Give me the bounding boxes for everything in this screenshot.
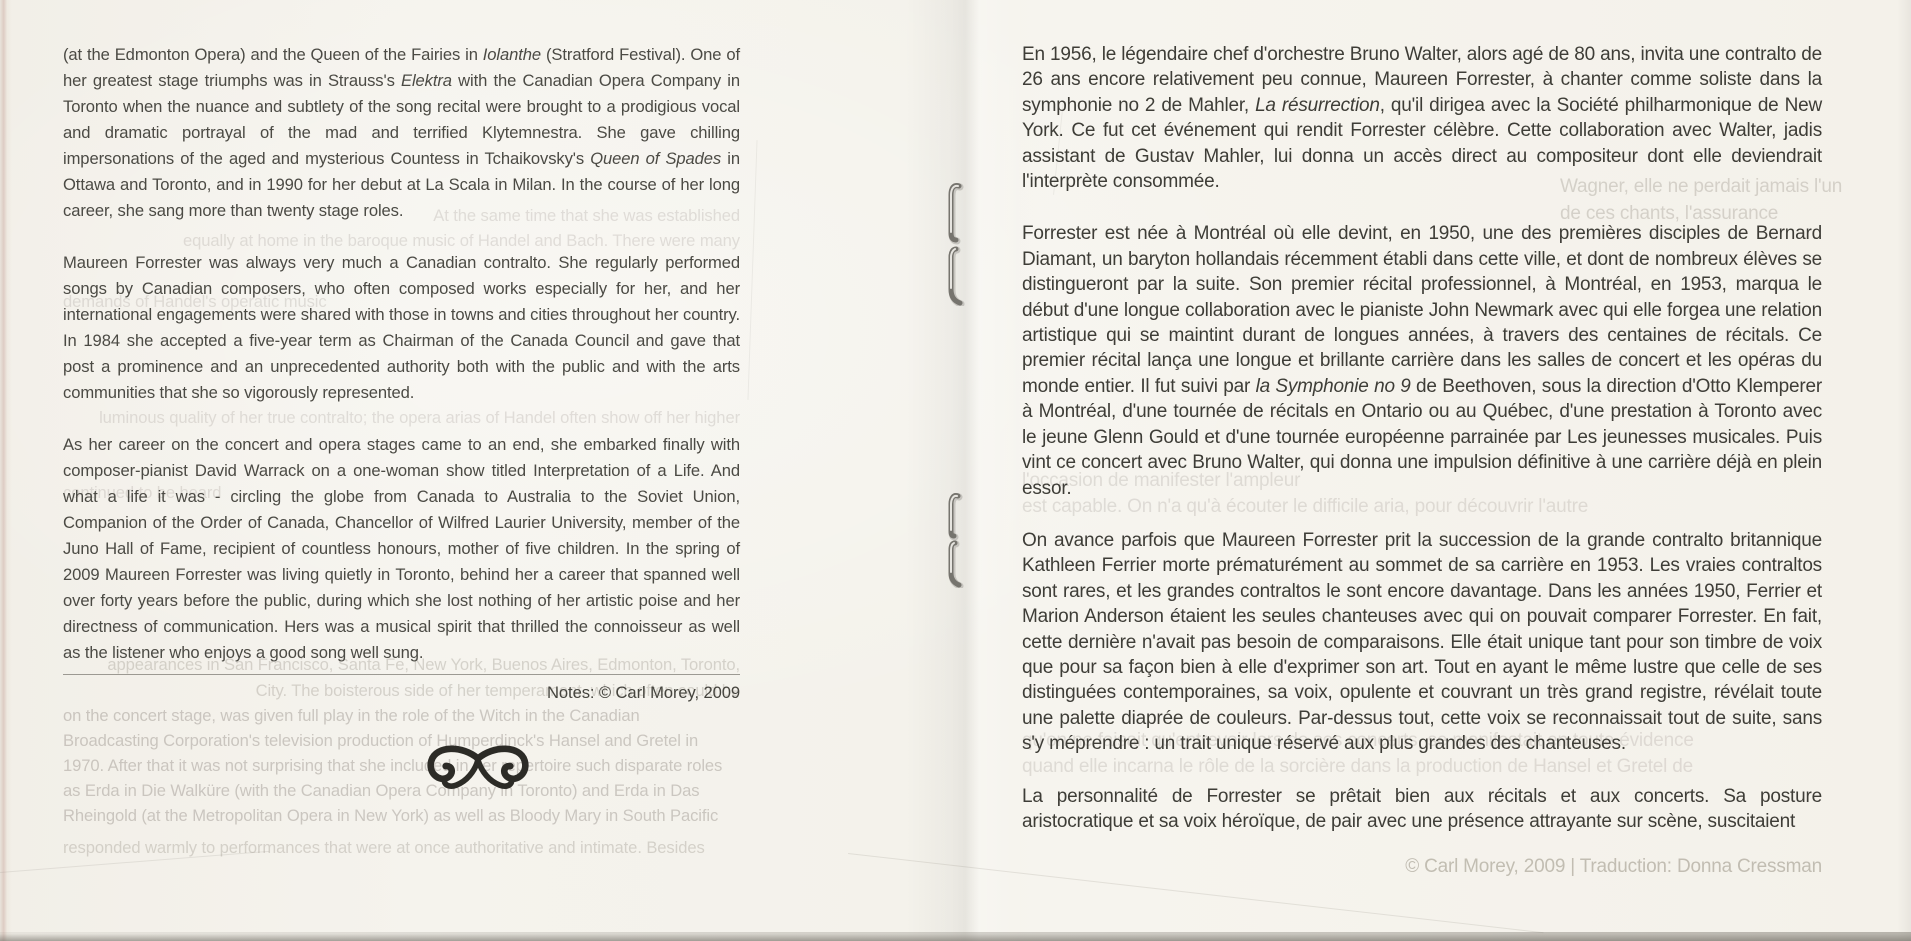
paragraph-french-3: On avance parfois que Maureen Forrester … — [1022, 528, 1822, 757]
crease-line — [0, 851, 269, 873]
right-page-text-column: En 1956, le légendaire chef d'orchestre … — [1022, 42, 1822, 861]
saddle-staple-bottom — [944, 492, 968, 588]
fleuron-ornament-icon — [421, 742, 535, 796]
saddle-staple-top — [944, 182, 968, 306]
bleedthrough-text: Rheingold (at the Metropolitan Opera in … — [63, 806, 718, 826]
notes-credit-line: Notes: © Carl Morey, 2009 — [63, 683, 740, 703]
page-edge-right — [1897, 0, 1911, 941]
paragraph-french-4: La personnalité de Forrester se prêtait … — [1022, 784, 1822, 835]
bleedthrough-text: Broadcasting Corporation's television pr… — [63, 731, 698, 751]
page-edge-bottom — [0, 932, 1911, 941]
paragraph-english-3: As her career on the concert and opera s… — [63, 432, 740, 666]
crease-line — [747, 140, 757, 400]
left-page-text-column: (at the Edmonton Opera) and the Queen of… — [63, 42, 740, 692]
bleedthrough-text: responded warmly to performances that we… — [63, 838, 705, 858]
notes-divider-rule — [63, 674, 740, 675]
paragraph-french-2: Forrester est née à Montréal où elle dev… — [1022, 221, 1822, 500]
scanned-booklet-spread: At the same time that she was establishe… — [0, 0, 1911, 941]
paragraph-english-1: (at the Edmonton Opera) and the Queen of… — [63, 42, 740, 224]
paragraph-french-1: En 1956, le légendaire chef d'orchestre … — [1022, 42, 1822, 194]
page-edge-left — [0, 0, 12, 941]
paragraph-english-2: Maureen Forrester was always very much a… — [63, 250, 740, 406]
center-fold-shading — [905, 0, 1025, 941]
translation-credit-faint: © Carl Morey, 2009 | Traduction: Donna C… — [1014, 856, 1822, 878]
bleedthrough-text: on the concert stage, was given full pla… — [63, 706, 640, 726]
bleedthrough-text: as Erda in Die Walküre (with the Canadia… — [63, 781, 699, 801]
bleedthrough-text: 1970. After that it was not surprising t… — [63, 756, 722, 776]
